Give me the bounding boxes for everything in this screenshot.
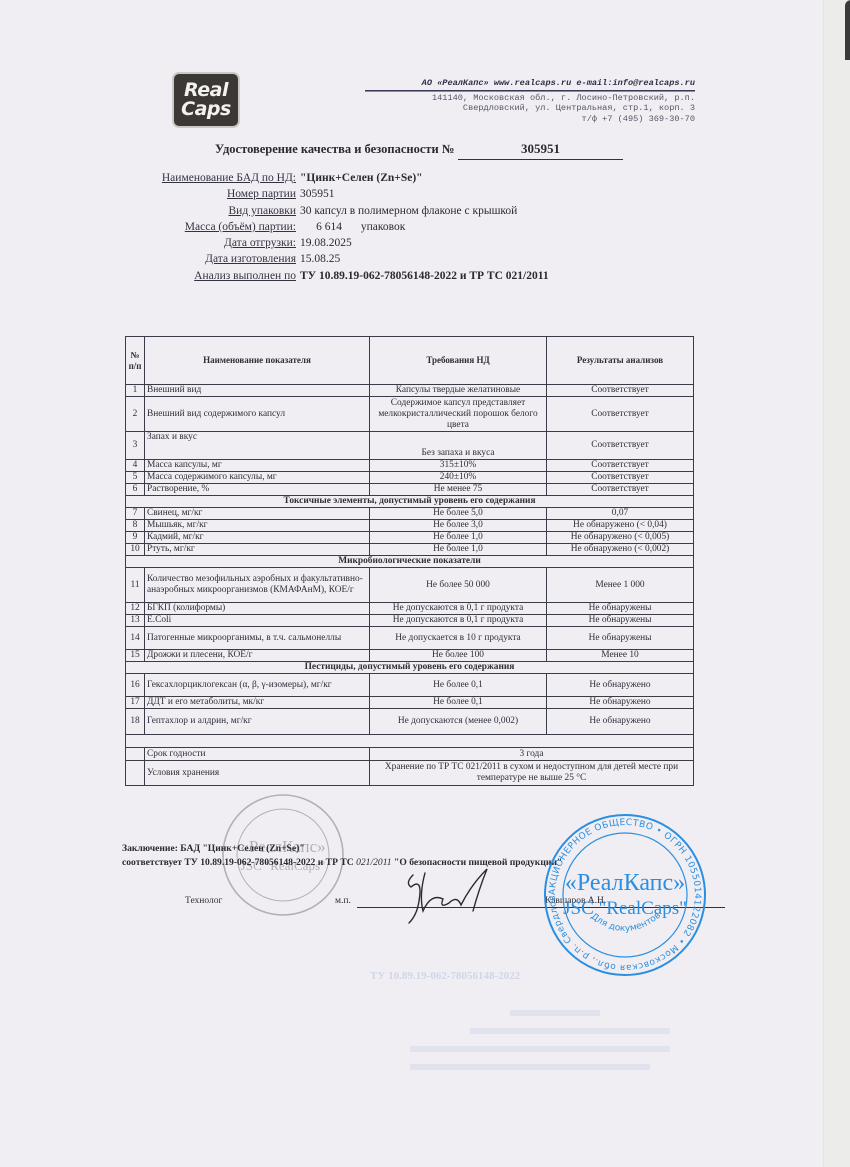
row-indicator: Дрожжи и плесени, КОЕ/г bbox=[145, 650, 370, 662]
info-row-packaging: Вид упаковки 30 капсул в полимерном флак… bbox=[140, 205, 700, 221]
row-value: Хранение по ТР ТС 021/2011 в сухом и нед… bbox=[370, 761, 694, 786]
company-stamp-icon: АКЦИОНЕРНОЕ ОБЩЕСТВО • ОГРН 105501412208… bbox=[535, 810, 715, 980]
bleed-bar bbox=[410, 1046, 670, 1052]
row-requirement: Содержимое капсул представляет мелкокрис… bbox=[370, 397, 547, 432]
info-value: "Цинк+Селен (Zn+Se)" bbox=[300, 172, 700, 184]
stamp-text-en: JSC "RealCaps" bbox=[563, 898, 687, 919]
row-result: Не обнаружено (< 0,005) bbox=[547, 532, 694, 544]
info-label: Вид упаковки bbox=[140, 205, 300, 217]
row-number: 1 bbox=[126, 385, 145, 397]
bleed-through: ТУ 10.89.19-062-78056148-2022 bbox=[370, 970, 700, 1090]
row-requirement: Не более 5,0 bbox=[370, 508, 547, 520]
row-result: Соответствует bbox=[547, 460, 694, 472]
row-number: 5 bbox=[126, 472, 145, 484]
row-indicator: Гексахлорциклогексан (α, β, γ-изомеры), … bbox=[145, 674, 370, 697]
table-row: 4Масса капсулы, мг315±10%Соответствует bbox=[126, 460, 694, 472]
row-number: 14 bbox=[126, 627, 145, 650]
table-row: 5Масса содержимого капсулы, мг240±10%Соо… bbox=[126, 472, 694, 484]
info-value: 19.08.2025 bbox=[300, 237, 700, 249]
row-requirement: Не более 0,1 bbox=[370, 674, 547, 697]
row-result: 0,07 bbox=[547, 508, 694, 520]
row-indicator: Мышьяк, мг/кг bbox=[145, 520, 370, 532]
row-indicator: Свинец, мг/кг bbox=[145, 508, 370, 520]
realcaps-logo: Real Caps bbox=[172, 72, 240, 128]
row-result: Соответствует bbox=[547, 397, 694, 432]
info-label: Номер партии bbox=[140, 188, 300, 200]
logo-line-2: Caps bbox=[174, 100, 238, 119]
empty-cell bbox=[126, 748, 145, 761]
row-requirement: Не менее 75 bbox=[370, 484, 547, 496]
table-row: 11Количество мезофильных аэробных и факу… bbox=[126, 568, 694, 603]
info-value: ТУ 10.89.19-062-78056148-2022 и ТР ТС 02… bbox=[300, 270, 700, 282]
header-requirement: Требования НД bbox=[370, 337, 547, 385]
product-info: Наименование БАД по НД: "Цинк+Селен (Zn+… bbox=[140, 172, 700, 286]
section-row: Пестициды, допустимый уровень его содерж… bbox=[126, 662, 694, 674]
table-row: 12БГКП (колиформы)Не допускаются в 0,1 г… bbox=[126, 603, 694, 615]
scanner-corner bbox=[845, 0, 850, 60]
info-label: Анализ выполнен по bbox=[140, 270, 300, 282]
row-number: 16 bbox=[126, 674, 145, 697]
section-title: Пестициды, допустимый уровень его содерж… bbox=[126, 662, 694, 674]
info-label: Дата изготовления bbox=[140, 253, 300, 265]
section-row: Микробиологические показатели bbox=[126, 556, 694, 568]
row-requirement: Без запаха и вкуса bbox=[370, 432, 547, 460]
row-number: 7 bbox=[126, 508, 145, 520]
row-number: 4 bbox=[126, 460, 145, 472]
row-indicator: Внешний вид содержимого капсул bbox=[145, 397, 370, 432]
header-result: Результаты анализов bbox=[547, 337, 694, 385]
row-number: 3 bbox=[126, 432, 145, 460]
row-indicator: Срок годности bbox=[145, 748, 370, 761]
table-row: 9Кадмий, мг/кгНе более 1,0Не обнаружено … bbox=[126, 532, 694, 544]
row-indicator: Масса капсулы, мг bbox=[145, 460, 370, 472]
row-result: Не обнаружено bbox=[547, 697, 694, 709]
row-number: 15 bbox=[126, 650, 145, 662]
row-requirement: Не более 1,0 bbox=[370, 544, 547, 556]
row-number: 9 bbox=[126, 532, 145, 544]
row-result: Не обнаружены bbox=[547, 615, 694, 627]
row-indicator: Патогенные микроорганимы, в т.ч. сальмон… bbox=[145, 627, 370, 650]
shelf-life-row: Срок годности3 года bbox=[126, 748, 694, 761]
table-body: 1Внешний видКапсулы твердые желатиновыеС… bbox=[126, 385, 694, 786]
row-requirement: Не допускаются в 0,1 г продукта bbox=[370, 615, 547, 627]
row-number: 8 bbox=[126, 520, 145, 532]
table-row: 14Патогенные микроорганимы, в т.ч. сальм… bbox=[126, 627, 694, 650]
storage-row: Условия храненияХранение по ТР ТС 021/20… bbox=[126, 761, 694, 786]
conclusion-text-a: соответствует ТУ 10.89.19-062-78056148-2… bbox=[122, 857, 356, 868]
row-requirement: Капсулы твердые желатиновые bbox=[370, 385, 547, 397]
bleed-bar bbox=[510, 1010, 600, 1016]
table-row: 17ДДТ и его метаболиты, мк/кгНе более 0,… bbox=[126, 697, 694, 709]
row-number: 11 bbox=[126, 568, 145, 603]
row-requirement: Не более 1,0 bbox=[370, 532, 547, 544]
company-contacts: АО «РеалКапс» www.realcaps.ru e-mail:inf… bbox=[365, 78, 695, 89]
table-row: 15Дрожжи и плесени, КОЕ/гНе более 100Мен… bbox=[126, 650, 694, 662]
row-result: Не обнаружены bbox=[547, 627, 694, 650]
info-row-analysis-standard: Анализ выполнен по ТУ 10.89.19-062-78056… bbox=[140, 270, 700, 286]
table-row: 10Ртуть, мг/кгНе более 1,0Не обнаружено … bbox=[126, 544, 694, 556]
row-number: 6 bbox=[126, 484, 145, 496]
row-number: 10 bbox=[126, 544, 145, 556]
row-result: Не обнаружены bbox=[547, 603, 694, 615]
row-result: Соответствует bbox=[547, 472, 694, 484]
row-indicator: Запах и вкус bbox=[145, 432, 370, 460]
row-requirement: Не допускаются в 0,1 г продукта bbox=[370, 603, 547, 615]
row-result: Не обнаружено bbox=[547, 709, 694, 735]
info-label: Дата отгрузки: bbox=[140, 237, 300, 249]
blank-cell bbox=[126, 735, 694, 748]
row-requirement: Не более 0,1 bbox=[370, 697, 547, 709]
row-requirement: Не более 3,0 bbox=[370, 520, 547, 532]
row-result: Не обнаружено (< 0,002) bbox=[547, 544, 694, 556]
blank-row bbox=[126, 735, 694, 748]
company-header: АО «РеалКапс» www.realcaps.ru e-mail:inf… bbox=[365, 78, 695, 124]
bleed-through-text: ТУ 10.89.19-062-78056148-2022 bbox=[370, 970, 520, 982]
row-indicator: Количество мезофильных аэробных и факуль… bbox=[145, 568, 370, 603]
batch-mass-number: 6 614 bbox=[300, 221, 358, 233]
row-indicator: Ртуть, мг/кг bbox=[145, 544, 370, 556]
row-number: 18 bbox=[126, 709, 145, 735]
section-title: Микробиологические показатели bbox=[126, 556, 694, 568]
row-indicator: ДДТ и его метаболиты, мк/кг bbox=[145, 697, 370, 709]
section-title: Токсичные элементы, допустимый уровень е… bbox=[126, 496, 694, 508]
table-row: 6Растворение, %Не менее 75Соответствует bbox=[126, 484, 694, 496]
info-value: 15.08.25 bbox=[300, 253, 700, 265]
row-result: Соответствует bbox=[547, 432, 694, 460]
row-requirement: 315±10% bbox=[370, 460, 547, 472]
section-row: Токсичные элементы, допустимый уровень е… bbox=[126, 496, 694, 508]
row-number: 2 bbox=[126, 397, 145, 432]
header-num: № п/п bbox=[126, 337, 145, 385]
analysis-table: № п/п Наименование показателя Требования… bbox=[125, 336, 694, 786]
row-indicator: Растворение, % bbox=[145, 484, 370, 496]
row-number: 12 bbox=[126, 603, 145, 615]
certificate-number: 305951 bbox=[458, 141, 623, 160]
row-result: Менее 10 bbox=[547, 650, 694, 662]
row-indicator: Масса содержимого капсулы, мг bbox=[145, 472, 370, 484]
stamp-text-ru: «РеалКапс» bbox=[565, 870, 685, 896]
info-value: 6 614 упаковок bbox=[300, 221, 700, 233]
company-address-2: Свердловский, ул. Центральная, стр.1, ко… bbox=[365, 103, 695, 114]
row-indicator: Кадмий, мг/кг bbox=[145, 532, 370, 544]
row-value: 3 года bbox=[370, 748, 694, 761]
bleed-bar bbox=[470, 1028, 670, 1034]
signature-icon bbox=[395, 865, 505, 925]
scanner-edge bbox=[823, 0, 850, 1167]
info-row-shipping-date: Дата отгрузки: 19.08.2025 bbox=[140, 237, 700, 253]
row-result: Соответствует bbox=[547, 484, 694, 496]
info-label: Масса (объём) партии: bbox=[140, 221, 300, 233]
row-number: 13 bbox=[126, 615, 145, 627]
company-phone: т/ф +7 (495) 369-30-70 bbox=[365, 114, 695, 125]
bleed-bar bbox=[410, 1064, 650, 1070]
row-indicator: E.Coli bbox=[145, 615, 370, 627]
table-row: 1Внешний видКапсулы твердые желатиновыеС… bbox=[126, 385, 694, 397]
table-row: 7Свинец, мг/кгНе более 5,00,07 bbox=[126, 508, 694, 520]
conclusion-line-1: Заключение: БАД "Цинк+Селен (Zn+Se)" bbox=[122, 842, 562, 856]
batch-mass-unit: упаковок bbox=[361, 221, 405, 233]
row-indicator: Условия хранения bbox=[145, 761, 370, 786]
table-header-row: № п/п Наименование показателя Требования… bbox=[126, 337, 694, 385]
info-value: 30 капсул в полимерном флаконе с крышкой bbox=[300, 205, 700, 217]
row-result: Менее 1 000 bbox=[547, 568, 694, 603]
certificate-title: Удостоверение качества и безопасности № bbox=[215, 142, 454, 157]
info-row-product-name: Наименование БАД по НД: "Цинк+Селен (Zn+… bbox=[140, 172, 700, 188]
table-row: 2Внешний вид содержимого капсулСодержимо… bbox=[126, 397, 694, 432]
info-value: 305951 bbox=[300, 188, 700, 200]
info-row-batch-number: Номер партии 305951 bbox=[140, 188, 700, 204]
table-row: 16Гексахлорциклогексан (α, β, γ-изомеры)… bbox=[126, 674, 694, 697]
row-result: Соответствует bbox=[547, 385, 694, 397]
row-indicator: Внешний вид bbox=[145, 385, 370, 397]
info-row-manufacture-date: Дата изготовления 15.08.25 bbox=[140, 253, 700, 269]
header-rule bbox=[365, 90, 695, 92]
row-requirement: Не допускаются (менее 0,002) bbox=[370, 709, 547, 735]
row-requirement: Не допускается в 10 г продукта bbox=[370, 627, 547, 650]
header-name: Наименование показателя bbox=[145, 337, 370, 385]
row-indicator: БГКП (колиформы) bbox=[145, 603, 370, 615]
row-indicator: Гептахлор и алдрин, мг/кг bbox=[145, 709, 370, 735]
info-row-batch-mass: Масса (объём) партии: 6 614 упаковок bbox=[140, 221, 700, 237]
table-row: 8Мышьяк, мг/кгНе более 3,0Не обнаружено … bbox=[126, 520, 694, 532]
row-requirement: 240±10% bbox=[370, 472, 547, 484]
empty-cell bbox=[126, 761, 145, 786]
row-result: Не обнаружено bbox=[547, 674, 694, 697]
signer-role: Технолог bbox=[185, 896, 222, 906]
seal-place: м.п. bbox=[335, 896, 351, 906]
table-row: 18Гептахлор и алдрин, мг/кгНе допускаютс… bbox=[126, 709, 694, 735]
conclusion-text-b: 021/2011 bbox=[356, 857, 392, 868]
row-result: Не обнаружено (< 0,04) bbox=[547, 520, 694, 532]
info-label: Наименование БАД по НД: bbox=[140, 172, 300, 184]
table-row: 13E.ColiНе допускаются в 0,1 г продуктаН… bbox=[126, 615, 694, 627]
table-row: 3Запах и вкусБез запаха и вкусаСоответст… bbox=[126, 432, 694, 460]
row-number: 17 bbox=[126, 697, 145, 709]
row-requirement: Не более 100 bbox=[370, 650, 547, 662]
company-address-1: 141140, Московская обл., г. Лосино-Петро… bbox=[365, 93, 695, 104]
row-requirement: Не более 50 000 bbox=[370, 568, 547, 603]
